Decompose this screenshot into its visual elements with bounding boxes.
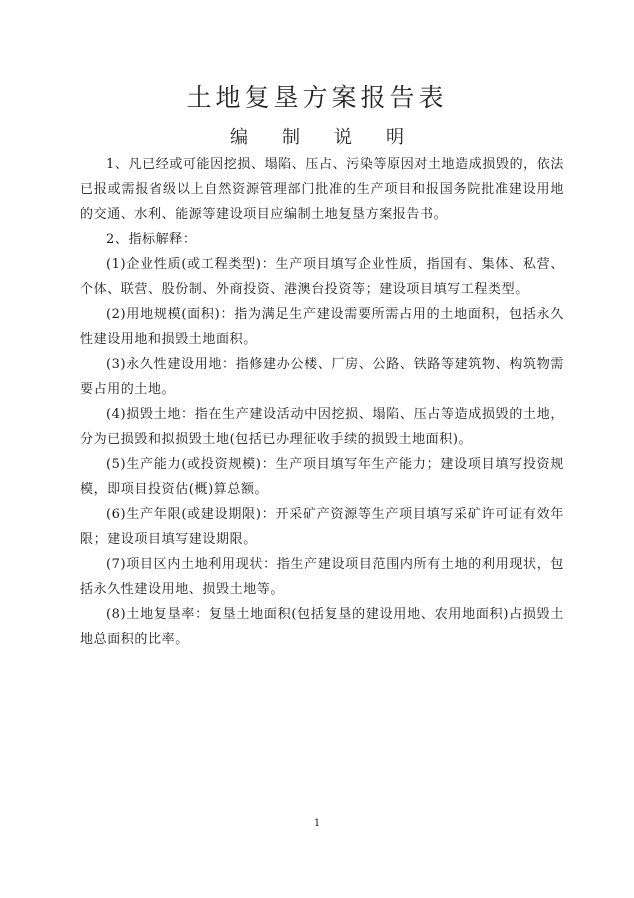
- heading-char: 制: [282, 123, 300, 149]
- heading-char: 说: [334, 123, 352, 149]
- paragraph-land-scale: (2)用地规模(面积)：指为满足生产建设需要所需占用的土地面积，包括永久性建设用…: [80, 302, 564, 352]
- paragraph-capacity: (5)生产能力(或投资规模)：生产项目填写年生产能力；建设项目填写投资规模，即项…: [80, 452, 564, 502]
- paragraph-reclamation-rate: (8)土地复垦率：复垦土地面积(包括复垦的建设用地、农用地面积)占损毁土地总面积…: [80, 602, 564, 652]
- paragraph-permanent-land: (3)永久性建设用地：指修建办公楼、厂房、公路、铁路等建筑物、构筑物需要占用的土…: [80, 352, 564, 402]
- paragraph-1: 1、凡已经或可能因挖损、塌陷、压占、污染等原因对土地造成损毁的，依法已报或需报省…: [80, 152, 564, 227]
- section-heading: 编制说明: [0, 123, 634, 149]
- document-title: 土地复垦方案报告表: [0, 78, 634, 114]
- heading-char: 编: [230, 123, 248, 149]
- paragraph-land-use: (7)项目区内土地利用现状：指生产建设项目范围内所有土地的利用现状，包括永久性建…: [80, 552, 564, 602]
- paragraph-damaged-land: (4)损毁土地：指在生产建设活动中因挖损、塌陷、压占等造成损毁的土地，分为已损毁…: [80, 402, 564, 452]
- page-number: 1: [0, 818, 634, 829]
- paragraph-period: (6)生产年限(或建设期限)：开采矿产资源等生产项目填写采矿许可证有效年限；建设…: [80, 502, 564, 552]
- heading-char: 明: [386, 123, 404, 149]
- paragraph-enterprise-nature: (1)企业性质(或工程类型)：生产项目填写企业性质，指国有、集体、私营、个体、联…: [80, 252, 564, 302]
- document-body: 1、凡已经或可能因挖损、塌陷、压占、污染等原因对土地造成损毁的，依法已报或需报省…: [80, 152, 564, 652]
- paragraph-2: 2、指标解释：: [80, 227, 564, 252]
